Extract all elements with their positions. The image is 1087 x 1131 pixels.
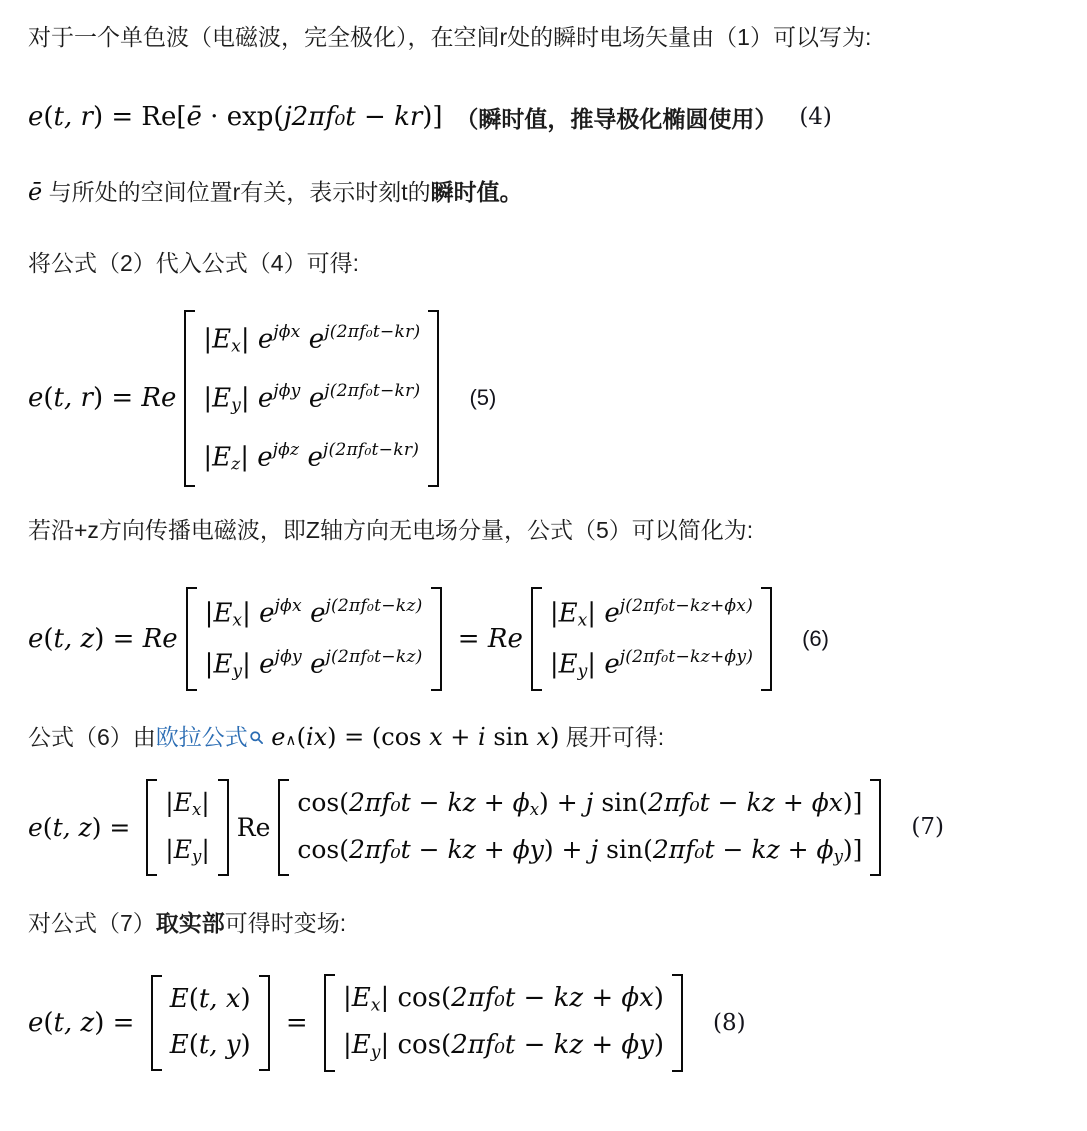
math-run-italic: Re [488, 624, 523, 654]
math-run-italic: e [271, 719, 285, 755]
math-run: sin [486, 719, 537, 755]
math-run: ( [43, 383, 53, 413]
math-run: cos [381, 719, 429, 755]
inline-segment: 若沿+z方向传播电磁波，即Z轴方向无电场分量，公式（5）可以简化为: [28, 513, 753, 548]
math-run: ) = [92, 813, 139, 842]
math-run: | [550, 598, 559, 628]
math-run-italic: E [212, 383, 231, 413]
subscript: x [192, 800, 201, 819]
text-run: 对公式（7） [28, 906, 156, 941]
math-run-italic: ix [306, 719, 327, 755]
math-run: ) + [544, 835, 591, 864]
math-run-italic: e [299, 442, 323, 472]
math-run-italic: e [28, 1008, 43, 1038]
subscript: y [231, 395, 241, 415]
equation-6: e(t, z) = Re|Ex| ejϕx ej(2πf₀t−kz)|Ey| e… [28, 587, 1059, 691]
equation-number: (4) [799, 104, 832, 130]
math-run: | [165, 788, 173, 817]
superscript: j(2πf₀t−kr) [323, 440, 419, 460]
math-run: | [240, 442, 257, 472]
math-run-italic: e [28, 102, 43, 132]
math-run-italic: 2πf₀t − kz + ϕ [349, 788, 530, 817]
math-run-italic: e [258, 383, 273, 413]
matrix: |Ex| ejϕx ej(2πf₀t−kz)|Ey| ejϕy ej(2πf₀t… [186, 587, 442, 691]
math-run: ( [189, 984, 199, 1014]
math-run: ) = [94, 1008, 142, 1038]
math-run: )] [422, 102, 442, 132]
math-run: | [203, 324, 212, 354]
math-run-italic: E [559, 598, 578, 628]
math-run-italic: 2πf₀t − kz + ϕ [653, 835, 834, 864]
inline-segment: Re [237, 813, 271, 842]
bold-text: （瞬时值，推导极化椭圆使用） [455, 101, 777, 134]
matrix-bracket-right [672, 974, 683, 1071]
math-run: ( [297, 719, 306, 755]
matrix: |Ex| cos(2πf₀t − kz + ϕx)|Ey| cos(2πf₀t … [324, 974, 683, 1071]
math-run: ) [241, 1030, 251, 1060]
math-run-italic: e [604, 649, 619, 679]
matrix-row: |Ex| ej(2πf₀t−kz+ϕx) [550, 595, 753, 632]
math-run-italic: Re [143, 624, 178, 654]
equation-4: e(t, r) = Re[ē · exp(j2πf₀t − kr)] （瞬时值，… [28, 101, 1059, 134]
math-run: ( [43, 102, 53, 132]
math-run: | [201, 835, 209, 864]
math-run: cos( [297, 788, 349, 817]
euler-formula-link[interactable]: 欧拉公式 [156, 720, 248, 755]
subscript: x [231, 337, 241, 357]
matrix-bracket-left [531, 587, 542, 691]
matrix-bracket-right [761, 587, 772, 691]
text-run: 展开可得: [559, 720, 664, 755]
equation-number: (7) [911, 814, 944, 840]
math-run: | cos( [380, 1030, 451, 1060]
matrix-row: cos(2πf₀t − kz + ϕx) + j sin(2πf₀t − kz … [297, 787, 862, 821]
math-run: sin( [598, 835, 653, 864]
superscript: j(2πf₀t−kz+ϕx) [620, 596, 753, 616]
math-run: Re [237, 813, 271, 842]
math-run-italic: e [301, 324, 325, 354]
inline-segment: 将公式（2）代入公式（4）可得: [28, 246, 359, 281]
matrix-rows: E(t, x)E(t, y) [170, 975, 251, 1071]
matrix-rows: |Ex| ej(2πf₀t−kz+ϕx)|Ey| ej(2πf₀t−kz+ϕy) [550, 587, 753, 691]
equation-8: e(t, z) = E(t, x)E(t, y) = |Ex| cos(2πf₀… [28, 974, 1059, 1071]
math-run: | [587, 598, 604, 628]
math-run-italic: E [174, 835, 192, 864]
superscript: jϕy [273, 381, 300, 401]
superscript: jϕx [275, 596, 302, 616]
math-run-italic: e [259, 649, 274, 679]
superscript: j(2πf₀t−kz) [326, 647, 423, 667]
math-run: ) [240, 984, 250, 1014]
math-run-italic: x [536, 719, 550, 755]
math-run-italic: e [257, 442, 272, 472]
search-icon[interactable] [249, 730, 264, 745]
superscript: j(2πf₀t−kz+ϕy) [620, 647, 753, 667]
math-run: | [241, 324, 258, 354]
math-run: | [242, 598, 259, 628]
math-run-italic: E [352, 983, 371, 1013]
equation-number: (5) [469, 385, 496, 411]
matrix-bracket-right [428, 310, 439, 487]
matrix-bracket-right [431, 587, 442, 691]
math-run-italic: E [170, 1030, 189, 1060]
math-run-italic: E [174, 788, 192, 817]
paragraph-euler: 公式（6）由欧拉公式 e∧(ix) = (cos x + i sin x) 展开… [28, 719, 1059, 755]
matrix: cos(2πf₀t − kz + ϕx) + j sin(2πf₀t − kz … [278, 779, 881, 876]
matrix-row: |Ex| ejϕx ej(2πf₀t−kr) [203, 321, 420, 358]
matrix: |Ex| ejϕx ej(2πf₀t−kr)|Ey| ejϕy ej(2πf₀t… [184, 310, 439, 487]
math-run-italic: t, z [54, 624, 95, 654]
math-run-italic: 2πf₀t − kz + ϕx [648, 788, 843, 817]
math-run-italic: 2πf₀t − kz + ϕy [451, 1030, 654, 1060]
text-run: 将公式（2）代入公式（4）可得: [28, 246, 359, 281]
paragraph-intro: 对于一个单色波（电磁波，完全极化），在空间r处的瞬时电场矢量由（1）可以写为: [28, 20, 1059, 55]
subscript: y [834, 847, 843, 866]
inline-segment: = [278, 1008, 316, 1038]
math-run-italic: e [28, 624, 43, 654]
subscript: x [232, 611, 242, 631]
subscript: z [231, 454, 240, 474]
text-run: 与所处的空间位置r有关，表示时刻t的 [42, 175, 430, 210]
matrix-bracket-left [186, 587, 197, 691]
math-run-italic: E [559, 649, 578, 679]
math-run-italic: t, x [199, 984, 241, 1014]
matrix-row: |Ex| ejϕx ej(2πf₀t−kz) [205, 595, 423, 632]
text-run: 对于一个单色波（电磁波，完全极化），在空间r处的瞬时电场矢量由（1）可以写为: [28, 20, 871, 55]
subscript: y [578, 662, 588, 682]
superscript: j(2πf₀t−kr) [324, 322, 420, 342]
inline-segment: ē 与所处的空间位置r有关，表示时刻t的瞬时值。 [28, 174, 523, 210]
inline-segment: e(t, z) = [28, 1008, 143, 1038]
math-run-italic: e [28, 813, 43, 842]
math-run-italic: t, z [53, 813, 92, 842]
matrix-row: E(t, y) [170, 1029, 251, 1063]
math-run-italic: e [604, 598, 619, 628]
matrix-row: |Ey| ej(2πf₀t−kz+ϕy) [550, 646, 753, 683]
matrix-bracket-right [259, 975, 270, 1071]
math-run-italic: 2πf₀t − kz + ϕy [349, 835, 544, 864]
subscript: x [371, 996, 381, 1016]
subscript: x [578, 611, 588, 631]
math-run: ) + [539, 788, 586, 817]
subscript: y [371, 1042, 381, 1062]
matrix-bracket-left [151, 975, 162, 1071]
math-run-italic: e [259, 598, 274, 628]
paragraph-e-bar-note: ē 与所处的空间位置r有关，表示时刻t的瞬时值。 [28, 174, 1059, 210]
matrix-bracket-left [324, 974, 335, 1071]
math-run-italic: x [429, 719, 443, 755]
matrix-bracket-right [218, 779, 229, 876]
equation-7: e(t, z) = |Ex||Ey|Recos(2πf₀t − kz + ϕx)… [28, 779, 1059, 876]
math-run: | [550, 649, 559, 679]
text-run [443, 106, 456, 133]
math-run-italic: 2πf₀t − kz + ϕx [451, 983, 654, 1013]
matrix-row: E(t, x) [170, 983, 251, 1017]
math-run-italic: e [28, 383, 43, 413]
math-run: ( [189, 1030, 199, 1060]
math-run-italic: e [301, 383, 325, 413]
math-run-italic: j2πf₀t − kr [284, 102, 423, 132]
superscript: jϕy [275, 647, 302, 667]
equation-number: (8) [713, 1010, 746, 1036]
matrix-rows: |Ex||Ey| [165, 779, 209, 876]
math-run-italic: E [170, 984, 189, 1014]
math-run: ( [43, 813, 53, 842]
math-run-italic: E [213, 598, 232, 628]
math-run-italic: E [213, 649, 232, 679]
matrix-row: |Ey| ejϕy ej(2πf₀t−kr) [203, 380, 420, 417]
math-run: )] [843, 788, 863, 817]
math-run: ) = ( [327, 719, 381, 755]
matrix-row: |Ex| cos(2πf₀t − kz + ϕx) [343, 982, 664, 1017]
matrix: E(t, x)E(t, y) [151, 975, 270, 1071]
matrix-row: |Ey| cos(2πf₀t − kz + ϕy) [343, 1029, 664, 1064]
matrix-row: |Ey| ejϕy ej(2πf₀t−kz) [205, 646, 423, 683]
math-run-italic: ē [187, 102, 202, 132]
paragraph-z-direction: 若沿+z方向传播电磁波，即Z轴方向无电场分量，公式（5）可以简化为: [28, 513, 1059, 548]
math-run: | [343, 983, 352, 1013]
matrix-row: |Ex| [165, 787, 209, 821]
matrix-rows: |Ex| ejϕx ej(2πf₀t−kz)|Ey| ejϕy ej(2πf₀t… [205, 587, 423, 691]
math-run: | [587, 649, 604, 679]
subscript: x [530, 800, 539, 819]
matrix: |Ex||Ey| [146, 779, 228, 876]
math-run-italic: t, r [54, 383, 93, 413]
math-run: ) = [93, 383, 141, 413]
text-run: 若沿+z方向传播电磁波，即Z轴方向无电场分量，公式（5）可以简化为: [28, 513, 753, 548]
matrix-rows: |Ex| ejϕx ej(2πf₀t−kr)|Ey| ejϕy ej(2πf₀t… [203, 310, 420, 487]
inline-segment: 公式（6）由欧拉公式 e∧(ix) = (cos x + i sin x) 展开… [28, 719, 664, 755]
bold-text: 取实部 [156, 906, 225, 941]
equation-5: e(t, r) = Re|Ex| ejϕx ej(2πf₀t−kr)|Ey| e… [28, 310, 1059, 487]
inline-segment: 对于一个单色波（电磁波，完全极化），在空间r处的瞬时电场矢量由（1）可以写为: [28, 20, 871, 55]
inline-segment: e(t, r) = Re [28, 383, 176, 413]
text-run: 可得时变场: [225, 906, 346, 941]
inline-segment: = Re [450, 624, 523, 654]
text-run: 公式（6）由 [28, 720, 156, 755]
matrix-bracket-left [184, 310, 195, 487]
matrix-row: |Ey| [165, 834, 209, 868]
inline-segment: e(t, z) = [28, 813, 138, 842]
math-run: ) = Re[ [93, 102, 187, 132]
math-run: )] [843, 835, 863, 864]
math-run: ( [43, 624, 53, 654]
inline-segment: 对公式（7）取实部可得时变场: [28, 906, 346, 941]
superscript: jϕx [273, 322, 300, 342]
math-run: | [201, 788, 209, 817]
math-run-italic: t, r [54, 102, 93, 132]
math-run: ) = [94, 624, 142, 654]
document: 对于一个单色波（电磁波，完全极化），在空间r处的瞬时电场矢量由（1）可以写为: … [0, 0, 1087, 1072]
math-run: ) [654, 1030, 664, 1060]
math-run: · exp( [202, 102, 284, 132]
math-run: + [443, 719, 478, 755]
math-run: ) [550, 719, 559, 755]
subscript: y [232, 662, 242, 682]
math-run-italic: e [302, 598, 326, 628]
matrix-rows: cos(2πf₀t − kz + ϕx) + j sin(2πf₀t − kz … [297, 779, 862, 876]
paragraph-real-part: 对公式（7）取实部可得时变场: [28, 906, 1059, 941]
matrix-bracket-right [870, 779, 881, 876]
bold-text: 瞬时值。 [431, 175, 523, 210]
math-run: sin( [593, 788, 648, 817]
math-run-italic: E [212, 324, 231, 354]
math-run-italic: i [478, 719, 486, 755]
matrix-row: |Ez| ejϕz ej(2πf₀t−kr) [203, 439, 420, 476]
math-run: = [278, 1008, 316, 1038]
inline-segment: e(t, r) = Re[ē · exp(j2πf₀t − kr)] [28, 102, 443, 132]
math-run-italic: E [352, 1030, 371, 1060]
inline-segment: e(t, z) = Re [28, 624, 178, 654]
math-run: | [242, 649, 259, 679]
superscript: j(2πf₀t−kr) [324, 381, 420, 401]
superscript: j(2πf₀t−kz) [325, 596, 422, 616]
math-run-italic: t, y [199, 1030, 241, 1060]
math-run: cos( [297, 835, 349, 864]
math-run: = [450, 624, 488, 654]
superscript: ∧ [285, 729, 296, 752]
math-run: ( [43, 1008, 53, 1038]
math-run-italic: ē [28, 174, 42, 210]
math-run-italic: e [302, 649, 326, 679]
math-run-italic: e [258, 324, 273, 354]
matrix-row: cos(2πf₀t − kz + ϕy) + j sin(2πf₀t − kz … [297, 834, 862, 868]
paragraph-substitute: 将公式（2）代入公式（4）可得: [28, 246, 1059, 281]
math-run: | [203, 383, 212, 413]
matrix: |Ex| ej(2πf₀t−kz+ϕx)|Ey| ej(2πf₀t−kz+ϕy) [531, 587, 772, 691]
superscript: jϕz [273, 440, 300, 460]
math-run: | cos( [380, 983, 451, 1013]
subscript: y [192, 847, 201, 866]
math-run-italic: E [212, 442, 231, 472]
math-run: | [241, 383, 258, 413]
math-run: | [165, 835, 173, 864]
matrix-bracket-left [278, 779, 289, 876]
equation-number: (6) [802, 626, 829, 652]
matrix-rows: |Ex| cos(2πf₀t − kz + ϕx)|Ey| cos(2πf₀t … [343, 974, 664, 1071]
math-run: | [203, 442, 212, 472]
math-run-italic: t, z [54, 1008, 95, 1038]
math-run: ) [654, 983, 664, 1013]
math-run-italic: Re [141, 383, 176, 413]
inline-segment: （瞬时值，推导极化椭圆使用） [443, 101, 778, 134]
math-run: | [343, 1030, 352, 1060]
matrix-bracket-left [146, 779, 157, 876]
